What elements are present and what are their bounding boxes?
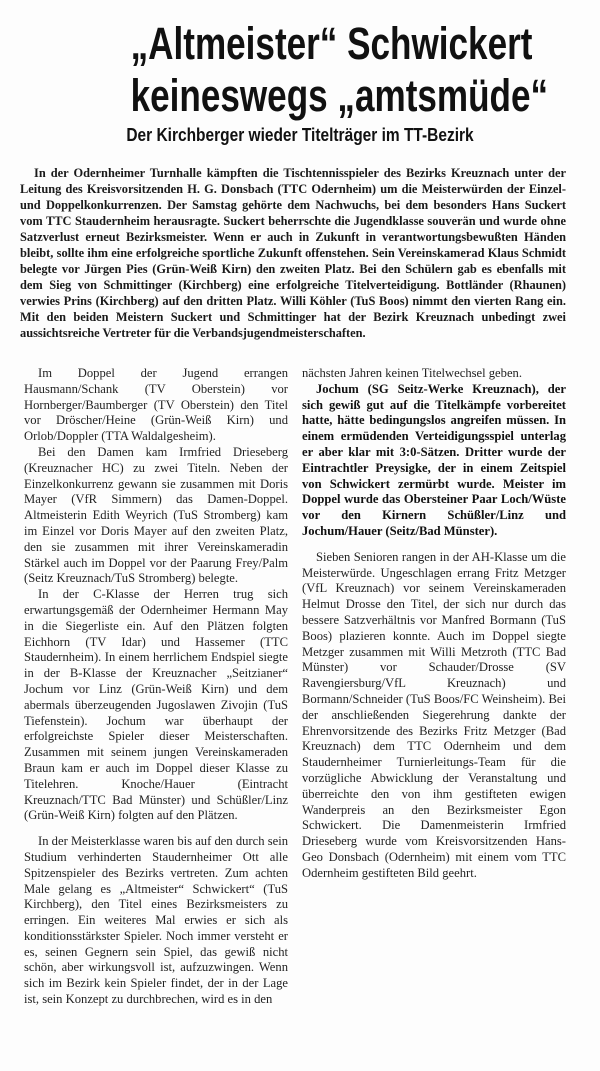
headline-line-2: keineswegs „amtsmüde“	[131, 70, 490, 122]
paragraph-master-class: In der Meisterklasse waren bis auf den d…	[24, 834, 288, 1008]
newspaper-clipping: „Altmeister“ Schwickert keineswegs „amts…	[0, 0, 600, 1071]
paragraph-continuation: nächsten Jahren keinen Titelwechsel gebe…	[302, 366, 566, 382]
lead-text: In der Odernheimer Turnhalle kämpften di…	[20, 165, 566, 341]
paragraph-seniors: Sieben Senioren rangen in der AH-Klasse …	[302, 550, 566, 882]
paragraph-youth-doubles: Im Doppel der Jugend errangen Hausmann/S…	[24, 366, 288, 445]
headline: „Altmeister“ Schwickert keineswegs „amts…	[131, 18, 490, 122]
paragraph-c-class: In der C-Klasse der Herren trug sich erw…	[24, 587, 288, 824]
right-column: nächsten Jahren keinen Titelwechsel gebe…	[302, 366, 566, 882]
left-column: Im Doppel der Jugend errangen Hausmann/S…	[24, 366, 288, 1008]
headline-line-1: „Altmeister“ Schwickert	[131, 18, 490, 70]
subheadline: Der Kirchberger wieder Titelträger im TT…	[68, 125, 532, 146]
paragraph-jochum: Jochum (SG Seitz-Werke Kreuznach), der s…	[302, 382, 566, 540]
lead-paragraph: In der Odernheimer Turnhalle kämpften di…	[20, 165, 566, 341]
paragraph-women: Bei den Damen kam Irmfried Drieseberg (K…	[24, 445, 288, 587]
